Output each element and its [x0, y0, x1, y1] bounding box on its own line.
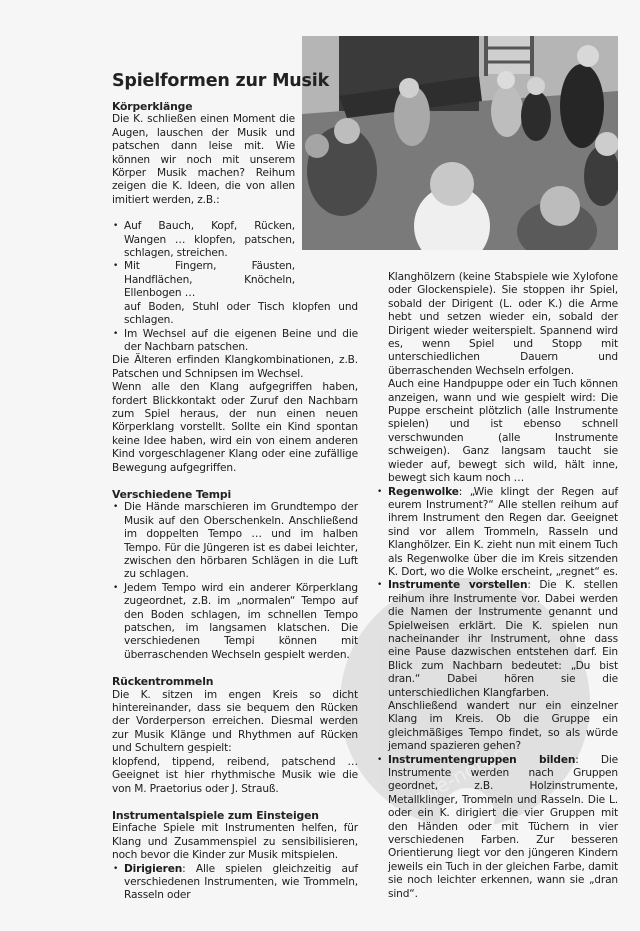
list-item: Jedem Tempo wird ein anderer Körperklang… [112, 582, 358, 662]
koerperklaenge-intro: Die K. schließen einen Moment die Augen,… [112, 113, 295, 207]
rueckentrommeln-para2: klopfend, tippend, reibend, patschend … … [112, 756, 358, 796]
left-column: Spielformen zur Musik Körperklänge Die K… [112, 70, 358, 903]
koerperklaenge-para2: Wenn alle den Klang aufgegriffen haben, … [112, 381, 358, 475]
list-item-dirigieren: Dirigieren: Alle spielen gleichzeitig au… [112, 863, 358, 903]
dirigieren-extra: Auch eine Handpuppe oder ein Tuch können… [388, 378, 618, 485]
instrumentalspiele-list-start: Dirigieren: Alle spielen gleichzeitig au… [112, 863, 358, 903]
instrumente-vorstellen-text: : Die K. stellen reihum ihre Instrumente… [388, 579, 618, 698]
right-column: Klanghölzern (keine Stabspiele wie Xylof… [388, 271, 618, 901]
rueckentrommeln-para1: Die K. sitzen im engen Kreis so dicht hi… [112, 689, 358, 756]
instrumentalspiele-intro: Einfache Spiele mit Instrumenten helfen,… [112, 822, 358, 862]
list-item: Im Wechsel auf die eigenen Beine und die… [112, 328, 358, 355]
list-item: Mit Fingern, Fäusten, Handflächen, Knöch… [112, 260, 358, 327]
list-item: Die Hände marschieren im Grundtempo der … [112, 501, 358, 581]
document-page: alle-noten [0, 0, 640, 931]
dirigieren-continuation: Klanghölzern (keine Stabspiele wie Xylof… [388, 271, 618, 378]
section-heading-instrumentalspiele: Instrumentalspiele zum Einsteigen [112, 809, 358, 822]
list-item: Auf Bauch, Kopf, Rücken, Wangen … klopfe… [112, 220, 295, 260]
page-title: Spielformen zur Musik [112, 70, 358, 92]
instrumentengruppen-text: : Die Instrumente werden nach Gruppen ge… [388, 754, 618, 900]
term-instrumente-vorstellen: Instrumente vorstellen [388, 579, 527, 591]
list-item-text-end: auf Boden, Stuhl oder Tisch klopfen und … [124, 301, 358, 326]
koerperklaenge-list: Auf Bauch, Kopf, Rücken, Wangen … klopfe… [112, 220, 358, 354]
section-heading-rueckentrommeln: Rückentrommeln [112, 675, 358, 688]
term-regenwolke: Regenwolke [388, 486, 459, 498]
instrumente-vorstellen-extra: Anschließend wandert nur ein einzelner K… [388, 700, 618, 752]
regenwolke-text: : „Wie klingt der Regen auf eurem Instru… [388, 486, 618, 578]
list-item-instrumente-vorstellen: Instrumente vorstellen: Die K. stellen r… [376, 579, 618, 753]
tempi-list: Die Hände marschieren im Grundtempo der … [112, 501, 358, 662]
list-item-instrumentengruppen: Instrumentengruppen bilden: Die Instrume… [376, 754, 618, 901]
term-instrumentengruppen: Instrumentengruppen bilden [388, 754, 575, 766]
koerperklaenge-para1: Die Älteren erfinden Klangkombinationen,… [112, 354, 358, 381]
list-item-text-start: Mit Fingern, Fäusten, Handflächen, Knöch… [124, 260, 295, 300]
section-heading-koerperklaenge: Körperklänge [112, 100, 358, 113]
list-item-regenwolke: Regenwolke: „Wie klingt der Regen auf eu… [376, 486, 618, 580]
instrumentalspiele-list-cont: Regenwolke: „Wie klingt der Regen auf eu… [376, 486, 618, 902]
term-dirigieren: Dirigieren [124, 863, 182, 875]
section-heading-tempi: Verschiedene Tempi [112, 488, 358, 501]
